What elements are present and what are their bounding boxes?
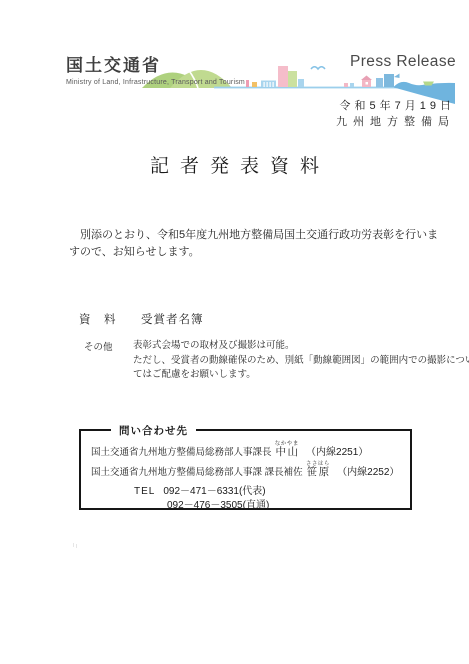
contact-box: 問い合わせ先 国土交通省九州地方整備局総務部人事課長中山なかやま（内線2251）… [79,429,412,510]
press-release-page: 国土交通省 Ministry of Land, Infrastructure, … [0,0,469,664]
contact-person-row: 国土交通省九州地方整備局総務部人事課長中山なかやま（内線2251） [91,440,410,460]
press-release-label: Press Release [350,53,456,71]
contact-name-text: 中山 [275,446,299,458]
contact-org: 国土交通省九州地方整備局総務部人事課 課長補佐 [91,467,303,478]
contact-name-furigana: なかやま [275,441,299,447]
issuing-bureau: 九州地方整備局 [336,114,455,130]
contact-name-text: 笹原 [306,466,330,478]
contact-extension: （内線2251） [306,447,368,458]
bird-icon [311,67,325,69]
tel-main-number: 092－471－6331(代表) [163,486,265,497]
contact-legend: 問い合わせ先 [111,423,196,438]
contact-name-furigana: ささはら [306,461,330,467]
tel-main-row: TEL092－471－6331(代表) [134,485,410,498]
material-label: 資 料 [79,311,141,327]
date-block: 令和5年7月19日 九州地方整備局 [336,98,455,130]
contact-person-name: 中山なかやま [276,446,299,458]
mlit-logo-subtitle: Ministry of Land, Infrastructure, Transp… [66,79,245,86]
announcement-paragraph: 別添のとおり、令和5年度九州地方整備局国土交通行政功労表彰を行いますので、お知ら… [69,227,443,260]
contact-extension: （内線2252） [337,467,399,478]
mlit-logo-title: 国土交通省 [66,56,245,76]
other-notes-text: 表彰式会場での取材及び撮影は可能。 ただし、受賞者の動線確保のため、別紙「動線範… [133,339,443,383]
other-note-line: 表彰式会場での取材及び撮影は可能。 [133,339,443,354]
scan-artifact [73,543,79,548]
material-row: 資 料受賞者名簿 [79,311,204,327]
mlit-logo: 国土交通省 Ministry of Land, Infrastructure, … [66,56,245,86]
material-value: 受賞者名簿 [141,314,204,326]
other-note-line: ただし、受賞者の動線確保のため、別紙「動線範囲図」の範囲内での撮影につい [133,354,443,369]
contact-person-name: 笹原ささはら [307,466,330,478]
other-note-line: てはご配慮をお願いします。 [133,368,443,383]
contact-person-row: 国土交通省九州地方整備局総務部人事課 課長補佐笹原ささはら（内線2252） [91,460,410,480]
tel-direct-number: 092－476－3505(直通) [167,499,410,512]
contact-org: 国土交通省九州地方整備局総務部人事課長 [91,447,272,458]
issue-date: 令和5年7月19日 [336,98,455,114]
document-title: 記者発表資料 [0,151,469,178]
tel-label: TEL [134,486,155,497]
other-label: その他 [84,339,130,353]
